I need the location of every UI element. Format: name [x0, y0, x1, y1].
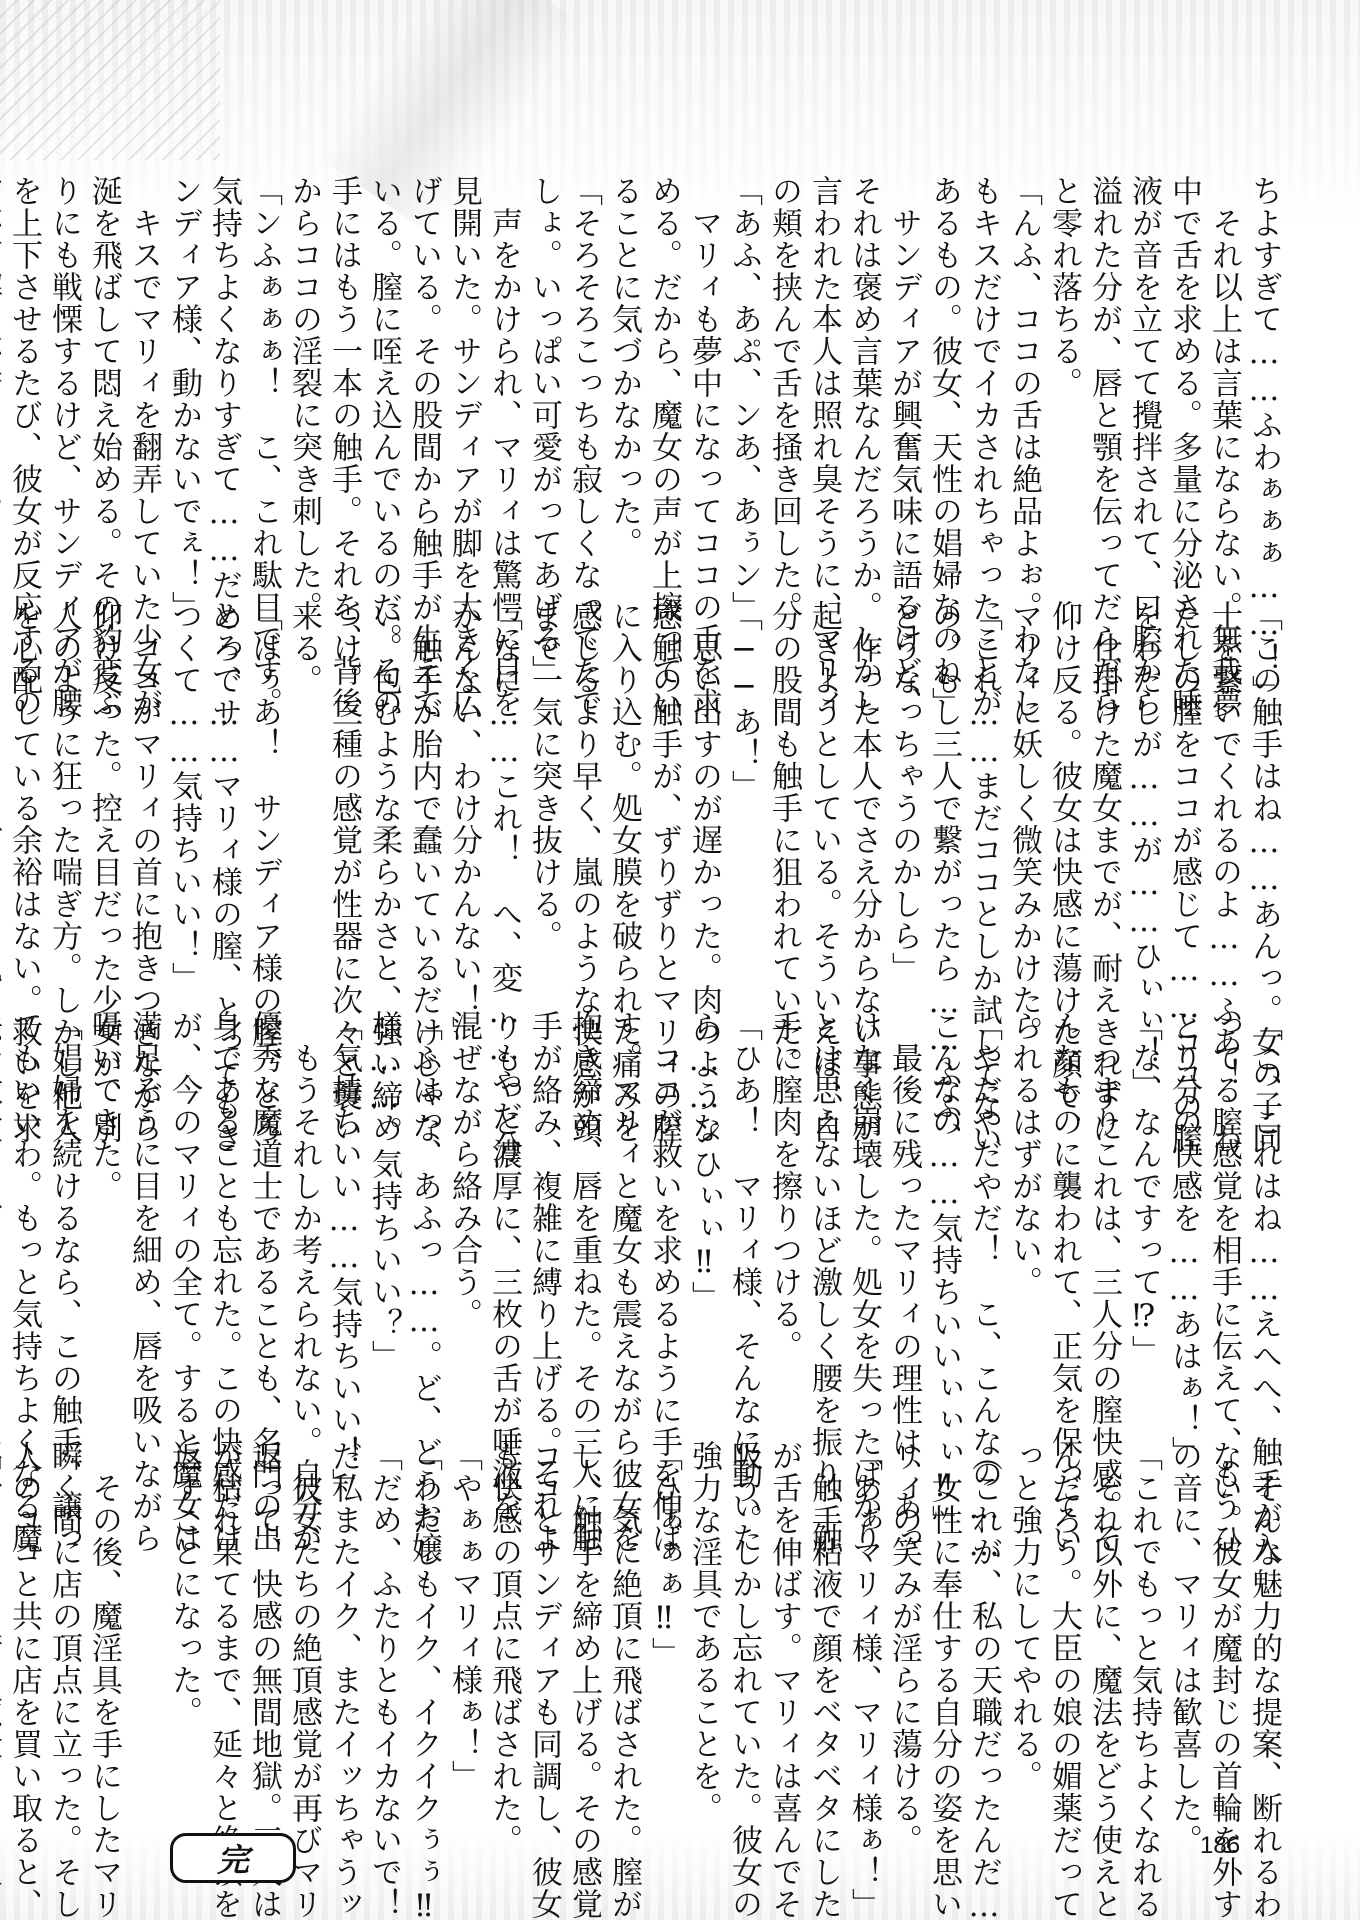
text-column: 様……。気持ちいい？」 — [364, 1010, 404, 1400]
text-column: 「ひぁぁぁ‼」 — [644, 1440, 684, 1835]
text-column: 手に膣肉を擦りつける。 — [764, 1010, 804, 1400]
text-column: 触手が胎内で蠢いているだけじゃな — [404, 600, 444, 1005]
text-column: 涎を飛ばして悶え始める。その豹変ぶ — [84, 175, 124, 550]
text-column: ら……ンひぃぃ‼」 — [684, 1010, 724, 1400]
text-column: んだろう。大臣の娘の媚薬だって、も — [1044, 1440, 1084, 1835]
text-column: からココの淫裂に突き刺した。 — [284, 175, 324, 550]
text-column: 液が音を立てて攪拌されて、口腔から — [1124, 175, 1164, 550]
text-column: ンディア様、動かないでぇ！」 — [164, 175, 204, 550]
text-column: 「やだやだやだ！ こ、こんなの…… — [964, 1010, 1004, 1400]
text-column: 女性に奉仕する自分の姿を思い、マ — [924, 1440, 964, 1835]
text-column: 作った本人でさえ分からない事態が — [844, 600, 884, 1005]
text-tier-4: そんな魅力的な提案、断れるわけがない。彼女が魔封じの首輪を外す。その音に、マリィ… — [168, 1440, 1284, 1835]
text-column: マリィも夢中になってココの舌を求 — [684, 175, 724, 550]
text-tier-3: 「こ、これはね……えへへ、触手が入ってる膣感覚を相手に伝えて、もうひとり分の快感… — [168, 1010, 1284, 1400]
text-column: 「この触手はね……あんっ。女の子同 — [1244, 600, 1284, 1005]
text-column: に入り込む。処女膜を破られた痛みを — [604, 600, 644, 1005]
text-column: あるもの。彼女、天性の娼婦なのね」 — [924, 175, 964, 550]
text-column: たしの膣をココが感じて……ココの膣 — [1164, 600, 1204, 1005]
text-column: 溢れた分が、唇と顎を伝ってだらだら — [1084, 175, 1124, 550]
text-column: 「はぅあ！ サンディア様の膣、とろ — [244, 600, 284, 1005]
text-column: んなものに襲われて、正気を保ってい — [1044, 1010, 1084, 1400]
text-column: 最後に残ったマリィの理性は、あっ — [884, 1010, 924, 1400]
text-column: 感触の触手が、ずりずりとマリィの膣 — [644, 600, 684, 1005]
text-column: それは褒め言葉なんだろうか。しかし — [844, 175, 884, 550]
text-column: マリィに妖しく微笑みかけた。 — [1004, 600, 1044, 1005]
text-column: こんなの……気持ちいいぃぃぃ‼」 — [924, 1010, 964, 1400]
text-column: とり分の快感を……あはぁ！」 — [1164, 1010, 1204, 1400]
text-column: 「気持ちいい……気持ちいい！」 — [324, 1010, 364, 1400]
text-column: もうそれしか考えられない。自分が — [284, 1010, 324, 1400]
text-column: い。包むような柔らかさと、強い締め — [364, 600, 404, 1005]
text-column: を心配している余裕はない。救いを求 — [4, 600, 44, 1005]
text-column: 「──あ！」 — [724, 600, 764, 1005]
text-column: も快感の頂点に飛ばされた。 — [484, 1440, 524, 1835]
text-column: 「なに……これ！ へ、変……やだ分 — [484, 600, 524, 1005]
text-column: 混ぜながら絡み合う。 — [444, 1010, 484, 1400]
text-column: と零れ落ちる。 — [1044, 175, 1084, 550]
text-column: りにも戦慄するけど、サンディアが腰 — [44, 175, 84, 550]
page-number: 186 — [1200, 1832, 1240, 1860]
text-column: 「だめ、ふたりともイカないで！ や — [364, 1440, 404, 1835]
text-column: める。だから、魔女の声が上擦ってい — [644, 175, 684, 550]
text-column: つまりこれは、三人分の膣快感。そ — [1084, 1010, 1124, 1400]
text-column: げている。その股間から触手が生えて — [404, 175, 444, 550]
text-column: てもいいわ。もっと気持ちよくなる魔 — [4, 1010, 44, 1400]
text-column: とは思えないほど激しく腰を振り、触 — [804, 1010, 844, 1400]
text-column: そんな魅力的な提案、断れるわけが — [1244, 1440, 1284, 1835]
text-column: っと強力にしてやれる。 — [1004, 1440, 1044, 1835]
text-column: 瞬く間に店の頂点に立った。そして恋 — [44, 1440, 84, 1835]
text-column: つけ。三種の感覚が性器に次々と襲い — [324, 600, 364, 1005]
text-column: の頬を挟んで舌を掻き回した。 — [764, 175, 804, 550]
text-tier-2: 「この触手はね……あんっ。女の子同士を繋いでくれるのよ……ふあ！ わたしの膣をコ… — [168, 600, 1284, 1005]
text-column: 来る。 — [284, 600, 324, 1005]
text-column: 仰け反った。控え目だった少女が、別 — [84, 600, 124, 1005]
text-column: 娼婦として、街の顔役にまで上りつめ — [0, 1440, 4, 1835]
text-column: それ以上は言葉にならない。無我夢 — [1204, 175, 1244, 550]
text-column: 触手粘液で顔をベタベタにしたココ — [804, 1440, 844, 1835]
text-column: 吸う。しかし忘れていた。彼女の舌が — [724, 1440, 764, 1835]
text-column: （これが、私の天職だったんだ……） — [964, 1440, 1004, 1835]
text-column: 「わたしもイク、イクイクぅぅ‼」 — [404, 1440, 444, 1835]
text-column: サンディアが興奮気味に語るけど、 — [884, 175, 924, 550]
text-column: 「これでもっと気持ちよくなれる！」 — [1124, 1440, 1164, 1835]
text-column: 人のように狂った喘ぎ方。しかし他人 — [44, 600, 84, 1005]
text-column: その後、魔淫具を手にしたマリィは — [84, 1440, 124, 1835]
text-column: られるはずがない。 — [1004, 1010, 1044, 1400]
text-column: 強力な淫具であることを。 — [684, 1440, 724, 1835]
text-column: だ私またイク、またイッちゃうッ‼」 — [324, 1440, 364, 1835]
text-column: 感じるより早く、嵐のような快感が頭 — [564, 600, 604, 1005]
text-column: かんない、わけ分かんない！」 — [444, 600, 484, 1005]
text-column: が枯れ果てるまで、延々と絶頂を繰り — [204, 1440, 244, 1835]
text-column: つくて……気持ちいい！」 — [164, 600, 204, 1005]
text-column: いる。膣に咥え込んでいるのだ。その — [364, 175, 404, 550]
text-column: けなく崩壊した。処女を失ったばかり — [844, 1010, 884, 1400]
text-column: しょ。いっぱい可愛がってあげる」 — [524, 175, 564, 550]
text-column: 人のココと共に店を買い取ると、人気 — [4, 1440, 44, 1835]
text-column: 言われた本人は照れ臭そうに、マリィ — [804, 175, 844, 550]
text-column: 起きようとしている。そういえば、自 — [804, 600, 844, 1005]
text-column: 抱き締め、唇を重ねた。その三人に触 — [564, 1010, 604, 1400]
text-column: が舌を伸ばす。マリィは喜んでそれを — [764, 1440, 804, 1835]
text-column: 「んふ、ココの舌は絶品よぉ。わたし — [1004, 175, 1044, 550]
text-column: 「あふ、あぷ、ンあ、あぅン」 — [724, 175, 764, 550]
text-column: ってる膣感覚を相手に伝えて、もうひ — [1204, 1010, 1244, 1400]
text-column: 見開いた。サンディアが脚を大きく広 — [444, 175, 484, 550]
text-column: 囁いてきた。 — [84, 1010, 124, 1400]
end-mark-label: 完 — [217, 1835, 249, 1881]
text-column: ココがマリィの首に抱きつきながら — [124, 600, 164, 1005]
text-column: どうなっちゃうのかしら」 — [884, 600, 924, 1005]
text-column: す。マリィと魔女も震えながら彼女を — [604, 1010, 644, 1400]
text-column: 一気に絶頂に飛ばされた。膣が収縮 — [604, 1440, 644, 1835]
text-column: 手が絡み、複雑に縛り上げる。それよ — [524, 1010, 564, 1400]
end-mark-badge: 完 — [170, 1833, 296, 1883]
text-column: の。もし三人で繋がったら……ふふ、 — [924, 600, 964, 1005]
background-diagonal-lines — [0, 0, 220, 160]
text-column: 中で舌を求める。多量に分泌された唾 — [1164, 175, 1204, 550]
text-column: 満足そうに目を細め、唇を吸いながら — [124, 1010, 164, 1400]
text-column: ることに気づかなかった。 — [604, 175, 644, 550]
text-column: 返って、快感の無間地獄。三人は触手 — [244, 1440, 284, 1835]
text-column: 「な、なんですって⁉」 — [1124, 1010, 1164, 1400]
text-column: まで一気に突き抜ける。 — [524, 600, 564, 1005]
text-column: リィの笑みが淫らに蕩ける。 — [884, 1440, 924, 1835]
text-column: を上下させるたび、彼女が反応するの — [4, 175, 44, 550]
text-column: をわたしが……が……ひぃぃ！」 — [1124, 600, 1164, 1005]
text-column: 「ンふぁぁぁ！ こ、これ駄目です。 — [244, 175, 284, 550]
text-column: ちよすぎて……ふわぁぁぁ……！」 — [1244, 175, 1284, 550]
text-column: めるようにサンディアを見るけど、彼 — [0, 600, 4, 1005]
text-column: 仕掛けた魔女までが、耐えきれずに — [1084, 600, 1124, 1005]
text-column: 士を繋いでくれるのよ……ふあ！ わ — [1204, 600, 1244, 1005]
text-column: 「ふはっ、あふっ……。ど、どうお嬢 — [404, 1010, 444, 1400]
text-column: ない。彼女が魔封じの首輪を外す。そ — [1204, 1440, 1244, 1835]
text-column: 声をかけられ、マリィは驚愕に目を — [484, 175, 524, 550]
text-column: それ以外に、魔法をどう使えという — [1084, 1440, 1124, 1835]
text-column: し、触手を締め上げる。その感覚に、 — [564, 1440, 604, 1835]
text-column: キスでマリィを翻弄していた少女が — [124, 175, 164, 550]
text-column: 「こ、これはね……えへへ、触手が入 — [1244, 1010, 1284, 1400]
text-column: 手にはもう一本の触手。それを、背後 — [324, 175, 364, 550]
text-column: 気持ちよくなりすぎて……だめっ、サ — [204, 175, 244, 550]
text-column: りもっと濃厚に、三枚の舌が唾液を — [484, 1010, 524, 1400]
text-column: 身であることも忘れた。この快感だけ — [204, 1010, 244, 1400]
text-column: 「そろそろこっちも寂しくなってたで — [564, 175, 604, 550]
text-column: が不可解で不安になる。 — [0, 175, 4, 550]
text-column: 分の股間も触手に狙われていた。 — [764, 600, 804, 1005]
text-column: 彼女たちの絶頂感覚が再びマリィに — [284, 1440, 324, 1835]
text-column — [124, 1440, 164, 1835]
text-column: 「あぁマリィ様、マリィ様ぁ！」 — [844, 1440, 884, 1835]
text-column: 「これ……まだココとしか試してない — [964, 600, 1004, 1005]
text-column: 思い出すのが遅かった。肉のような — [684, 600, 724, 1005]
text-tier-1: ちよすぎて……ふわぁぁぁ……！」 それ以上は言葉にならない。無我夢中で舌を求める… — [168, 175, 1284, 550]
text-column: 「ひあ！ マリィ様、そんなに動いた — [724, 1010, 764, 1400]
text-column: の音に、マリィは歓喜した。 — [1164, 1440, 1204, 1835]
text-column: 優秀な魔道士であることも、名門の出 — [244, 1010, 284, 1400]
text-column: が、今のマリィの全て。すると魔女は — [164, 1010, 204, 1400]
text-column: ココが救いを求めるように手を伸ば — [644, 1010, 684, 1400]
text-column: 「娼婦を続けるなら、この触手、譲っ — [44, 1010, 84, 1400]
text-column: 返すことになった。 — [164, 1440, 204, 1835]
text-column: ココとサンディアも同調し、彼女たち — [524, 1440, 564, 1835]
text-column: 仰け反る。彼女は快感に蕩けた顔で、 — [1044, 600, 1084, 1005]
text-column: もキスだけでイカされちゃったことが — [964, 175, 1004, 550]
text-column: とろで……マリィ様の膣、とってもき — [204, 600, 244, 1005]
text-column: 「やぁぁマリィ様ぁ！」 — [444, 1440, 484, 1835]
